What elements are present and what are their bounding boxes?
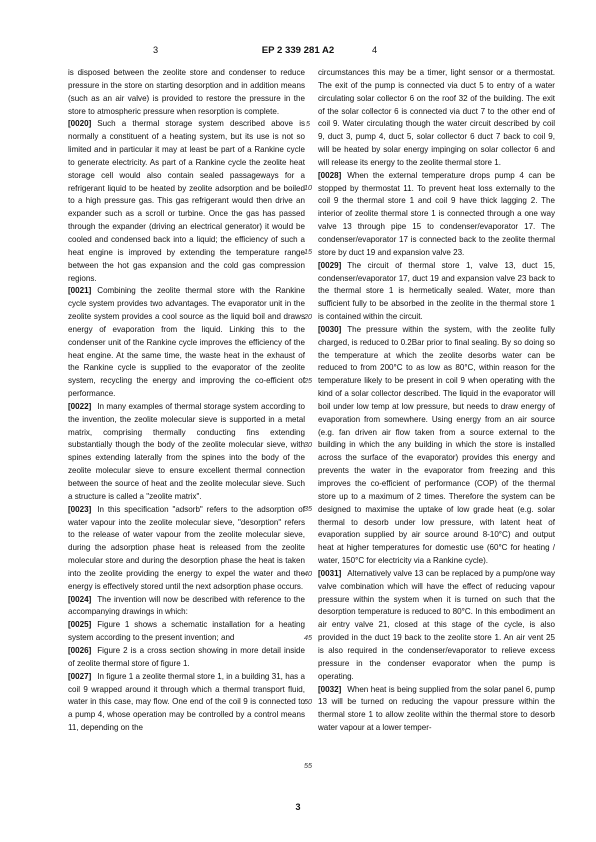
- paragraph-0029: [0029]The circuit of thermal store 1, va…: [318, 260, 555, 324]
- paragraph-number: [0026]: [68, 646, 91, 655]
- paragraph-number: [0023]: [68, 505, 91, 514]
- paragraph: is disposed between the zeolite store an…: [68, 67, 305, 118]
- line-number: 5: [301, 118, 315, 131]
- line-number: 40: [301, 568, 315, 581]
- paragraph-0028: [0028]When the external temperature drop…: [318, 170, 555, 260]
- paragraph-0022: [0022]In many examples of thermal storag…: [68, 401, 305, 504]
- paragraph-number: [0029]: [318, 261, 341, 270]
- paragraph-0026: [0026]Figure 2 is a cross section showin…: [68, 645, 305, 671]
- line-number: 55: [301, 760, 315, 773]
- left-column: is disposed between the zeolite store an…: [68, 67, 305, 735]
- paragraph-number: [0025]: [68, 620, 91, 629]
- page-number-footer: 3: [0, 802, 596, 812]
- document-id: EP 2 339 281 A2: [0, 45, 596, 56]
- paragraph-0024: [0024]The invention will now be describe…: [68, 594, 305, 620]
- line-number: 45: [301, 632, 315, 645]
- line-number: 15: [301, 246, 315, 259]
- paragraph-number: [0030]: [318, 325, 341, 334]
- paragraph-0023: [0023]In this specification "adsorb" ref…: [68, 504, 305, 594]
- column-page-right: 4: [372, 45, 377, 55]
- line-number: 25: [301, 375, 315, 388]
- paragraph-number: [0024]: [68, 595, 91, 604]
- paragraph-number: [0021]: [68, 286, 91, 295]
- paragraph-number: [0020]: [68, 119, 91, 128]
- paragraph-0027: [0027]In figure 1 a zeolite thermal stor…: [68, 671, 305, 735]
- line-number: 10: [301, 182, 315, 195]
- paragraph-number: [0031]: [318, 569, 341, 578]
- paragraph-number: [0022]: [68, 402, 91, 411]
- paragraph-number: [0032]: [318, 685, 341, 694]
- paragraph-0025: [0025]Figure 1 shows a schematic install…: [68, 619, 305, 645]
- paragraph-number: [0027]: [68, 672, 91, 681]
- right-column: circumstances this may be a timer, light…: [318, 67, 555, 735]
- line-number: 20: [301, 311, 315, 324]
- paragraph-0020: [0020]Such a thermal storage system desc…: [68, 118, 305, 285]
- paragraph-0021: [0021]Combining the zeolite thermal stor…: [68, 285, 305, 401]
- paragraph: circumstances this may be a timer, light…: [318, 67, 555, 170]
- paragraph-0031: [0031]Alternatively valve 13 can be repl…: [318, 568, 555, 684]
- paragraph-0030: [0030]The pressure within the system, wi…: [318, 324, 555, 568]
- line-number: 35: [301, 503, 315, 516]
- line-number: 30: [301, 439, 315, 452]
- line-number: 50: [301, 696, 315, 709]
- page-header: 3 EP 2 339 281 A2 4: [0, 45, 596, 59]
- paragraph-number: [0028]: [318, 171, 341, 180]
- paragraph-0032: [0032]When heat is being supplied from t…: [318, 684, 555, 735]
